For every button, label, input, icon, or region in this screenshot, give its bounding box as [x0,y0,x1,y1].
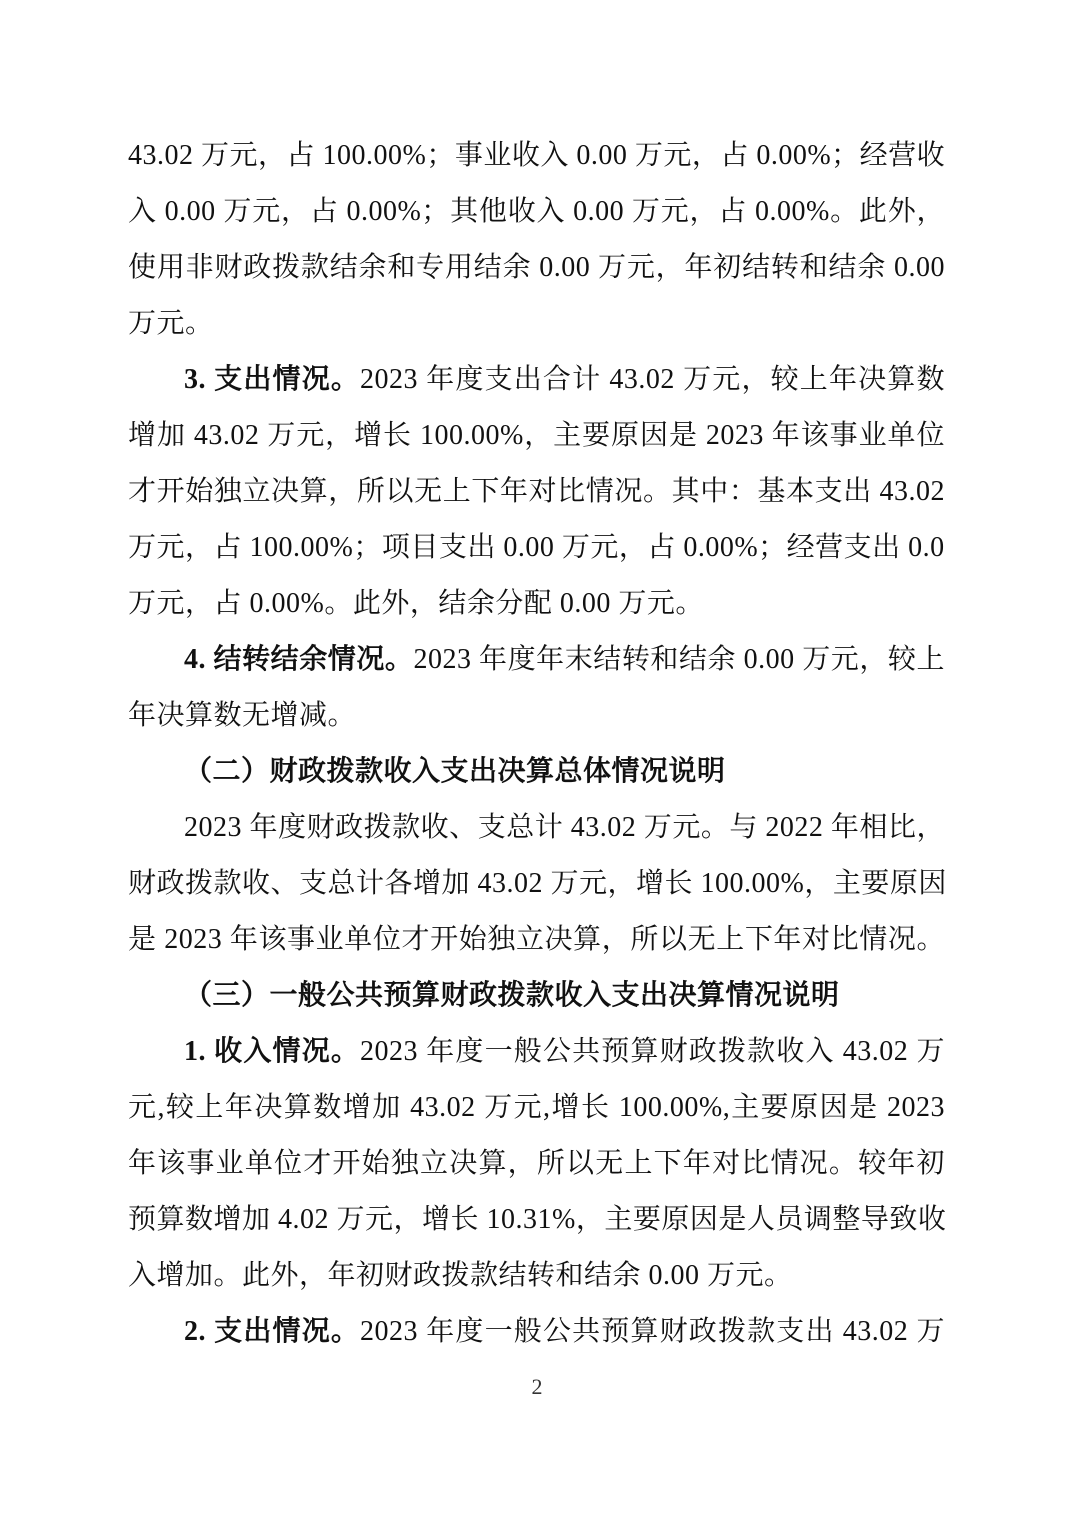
text-run: 2023 年度财政拨款收、支总计 43.02 万元。与 2022 年相比， [184,812,945,843]
body-line: 预算数增加 4.02 万元，增长 10.31%，主要原因是人员调整导致收 [128,1192,945,1248]
document-page: 43.02 万元，占 100.00%；事业收入 0.00 万元，占 0.00%；… [0,0,1074,1520]
body-line: 万元，占 100.00%；项目支出 0.00 万元，占 0.00%；经营支出 0… [128,520,945,576]
body-line: 使用非财政拨款结余和专用结余 0.00 万元，年初结转和结余 0.00 [128,240,945,296]
text-run: 财政拨款收、支总计各增加 43.02 万元，增长 100.00%，主要原因 [128,868,945,899]
text-run: 2023 年度支出合计 43.02 万元，较上年决算数 [360,364,945,395]
text-run: 入 0.00 万元，占 0.00%；其他收入 0.00 万元，占 0.00%。此… [128,196,945,227]
body-line: 入增加。此外，年初财政拨款结转和结余 0.00 万元。 [128,1248,945,1304]
text-run: 43.02 万元，占 100.00%；事业收入 0.00 万元，占 0.00%；… [128,140,945,171]
body-line: 万元。 [128,296,945,352]
body-line: 元,较上年决算数增加 43.02 万元,增长 100.00%,主要原因是 202… [128,1080,945,1136]
text-run: 2023 年度一般公共预算财政拨款支出 43.02 万 [360,1316,945,1347]
bold-text-run: （三）一般公共预算财政拨款收入支出决算情况说明 [184,980,840,1011]
bold-text-run: 4. 结转结余情况。 [184,644,414,675]
text-run: 元,较上年决算数增加 43.02 万元,增长 100.00%,主要原因是 202… [128,1092,945,1123]
body-line: 是 2023 年该事业单位才开始独立决算，所以无上下年对比情况。 [128,912,945,968]
bold-text-run: （二）财政拨款收入支出决算总体情况说明 [184,756,726,787]
page-number: 2 [0,1372,1074,1402]
text-run: 才开始独立决算，所以无上下年对比情况。其中：基本支出 43.02 [128,476,945,507]
text-run: 是 2023 年该事业单位才开始独立决算，所以无上下年对比情况。 [128,924,945,955]
text-run: 万元。 [128,308,214,339]
body-line: 才开始独立决算，所以无上下年对比情况。其中：基本支出 43.02 [128,464,945,520]
body-line: 入 0.00 万元，占 0.00%；其他收入 0.00 万元，占 0.00%。此… [128,184,945,240]
text-run: 万元，占 0.00%。此外，结余分配 0.00 万元。 [128,588,704,619]
body-line: 年该事业单位才开始独立决算，所以无上下年对比情况。较年初 [128,1136,945,1192]
body-line: 2023 年度财政拨款收、支总计 43.02 万元。与 2022 年相比， [128,800,945,856]
text-run: 2023 年度年末结转和结余 0.00 万元，较上 [414,644,945,675]
bold-text-run: 2. 支出情况。 [184,1316,360,1347]
body-line: 万元，占 0.00%。此外，结余分配 0.00 万元。 [128,576,945,632]
body-line: 4. 结转结余情况。2023 年度年末结转和结余 0.00 万元，较上 [128,632,945,688]
text-run: 入增加。此外，年初财政拨款结转和结余 0.00 万元。 [128,1260,793,1291]
text-run: 万元，占 100.00%；项目支出 0.00 万元，占 0.00%；经营支出 0… [128,532,945,563]
document-body: 43.02 万元，占 100.00%；事业收入 0.00 万元，占 0.00%；… [128,128,945,1360]
body-line: 2. 支出情况。2023 年度一般公共预算财政拨款支出 43.02 万 [128,1304,945,1360]
text-run: 年决算数无增减。 [128,700,356,731]
bold-text-run: 1. 收入情况。 [184,1036,360,1067]
text-run: 使用非财政拨款结余和专用结余 0.00 万元，年初结转和结余 0.00 [128,252,945,283]
text-run: 2023 年度一般公共预算财政拨款收入 43.02 万 [360,1036,945,1067]
heading-line: （二）财政拨款收入支出决算总体情况说明 [128,744,945,800]
text-run: 增加 43.02 万元，增长 100.00%，主要原因是 2023 年该事业单位 [128,420,945,451]
body-line: 43.02 万元，占 100.00%；事业收入 0.00 万元，占 0.00%；… [128,128,945,184]
body-line: 增加 43.02 万元，增长 100.00%，主要原因是 2023 年该事业单位 [128,408,945,464]
text-run: 预算数增加 4.02 万元，增长 10.31%，主要原因是人员调整导致收 [128,1204,945,1235]
body-line: 3. 支出情况。2023 年度支出合计 43.02 万元，较上年决算数 [128,352,945,408]
body-line: 年决算数无增减。 [128,688,945,744]
heading-line: （三）一般公共预算财政拨款收入支出决算情况说明 [128,968,945,1024]
body-line: 1. 收入情况。2023 年度一般公共预算财政拨款收入 43.02 万 [128,1024,945,1080]
bold-text-run: 3. 支出情况。 [184,364,360,395]
body-line: 财政拨款收、支总计各增加 43.02 万元，增长 100.00%，主要原因 [128,856,945,912]
text-run: 年该事业单位才开始独立决算，所以无上下年对比情况。较年初 [128,1148,945,1179]
